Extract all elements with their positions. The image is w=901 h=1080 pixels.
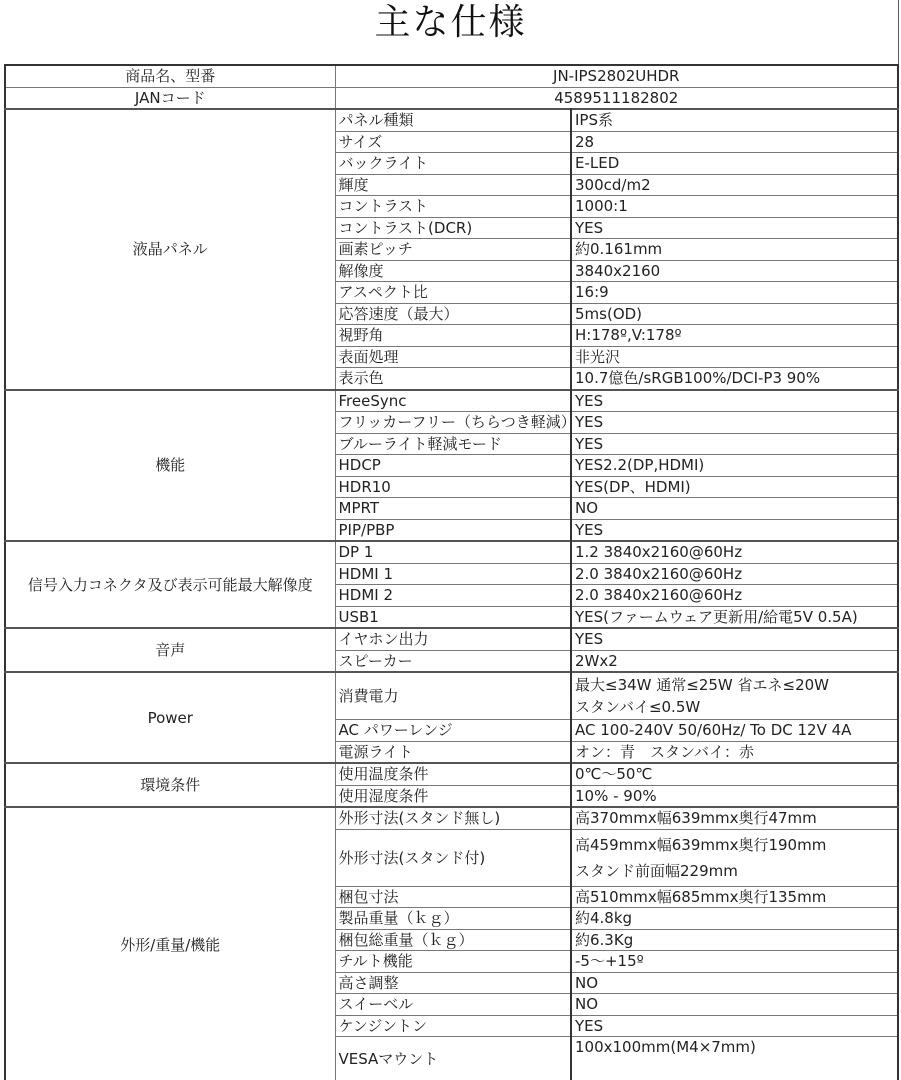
spec-value: 5ms(OD): [571, 303, 898, 325]
category-inputs: 信号入力コネクタ及び表示可能最大解像度: [5, 541, 335, 628]
spec-key: 応答速度（最大）: [335, 303, 571, 325]
spec-value-line: スタンド前面幅229mm: [575, 858, 894, 884]
spec-key: USB1: [335, 606, 571, 628]
spec-value: 高510mmx幅685mmx奥行135mm: [571, 886, 898, 908]
spec-key: 梱包総重量（ｋｇ）: [335, 929, 571, 951]
spec-value: YES: [571, 217, 898, 239]
spec-value: 約0.161mm: [571, 239, 898, 261]
table-row: 外形/重量/機能 外形寸法(スタンド無し) 高370mmx幅639mmx奥行47…: [5, 807, 898, 829]
spec-value: IPS系: [571, 109, 898, 131]
spec-value: YES: [571, 433, 898, 455]
category-audio: 音声: [5, 628, 335, 672]
spec-value: 最大≤34W 通常≤25W 省エネ≤20W スタンバイ≤0.5W: [571, 672, 898, 720]
spec-key: ブルーライト軽減モード: [335, 433, 571, 455]
spec-key: フリッカーフリー（ちらつき軽減）: [335, 412, 571, 434]
spec-key: MPRT: [335, 498, 571, 520]
spec-key: イヤホン出力: [335, 628, 571, 650]
label-model: 商品名、型番: [5, 65, 335, 87]
spec-key: FreeSync: [335, 390, 571, 412]
spec-key: 電源ライト: [335, 741, 571, 763]
spec-key: スイーベル: [335, 994, 571, 1016]
spec-value: オン：青 スタンバイ：赤: [571, 741, 898, 763]
spec-key: 表示色: [335, 368, 571, 390]
spec-key: 解像度: [335, 260, 571, 282]
spec-key: HDMI 1: [335, 563, 571, 585]
spec-key: 視野角: [335, 325, 571, 347]
spec-key: コントラスト(DCR): [335, 217, 571, 239]
spec-key: 梱包寸法: [335, 886, 571, 908]
spec-key: スピーカー: [335, 650, 571, 672]
category-dimensions: 外形/重量/機能: [5, 807, 335, 1080]
category-power: Power: [5, 672, 335, 763]
spec-value: 約6.3Kg: [571, 929, 898, 951]
spec-key: パネル種類: [335, 109, 571, 131]
spec-value: YES: [571, 390, 898, 412]
value-model: JN-IPS2802UHDR: [335, 65, 898, 87]
spec-key: チルト機能: [335, 951, 571, 973]
value-jan: 4589511182802: [335, 87, 898, 109]
spec-value: H:178º,V:178º: [571, 325, 898, 347]
spec-value: 1000:1: [571, 196, 898, 218]
spec-value: YES: [571, 1015, 898, 1037]
spec-key: VESAマウント: [335, 1037, 571, 1080]
spec-value: 2.0 3840x2160@60Hz: [571, 585, 898, 607]
spec-value: 10% - 90%: [571, 785, 898, 807]
spec-value: YES: [571, 519, 898, 541]
spec-value: 100x100mm(M4×7mm): [571, 1037, 898, 1080]
spec-value: 高370mmx幅639mmx奥行47mm: [571, 807, 898, 829]
spec-value: 約4.8kg: [571, 908, 898, 930]
spec-value: -5～+15º: [571, 951, 898, 973]
table-row: 環境条件 使用温度条件 0℃～50℃: [5, 763, 898, 785]
spec-key: アスペクト比: [335, 282, 571, 304]
spec-key: バックライト: [335, 153, 571, 175]
spec-value: AC 100-240V 50/60Hz/ To DC 12V 4A: [571, 720, 898, 742]
category-features: 機能: [5, 390, 335, 542]
spec-key: ケンジントン: [335, 1015, 571, 1037]
spec-value: 非光沢: [571, 346, 898, 368]
spec-value: 高459mmx幅639mmx奥行190mm スタンド前面幅229mm: [571, 829, 898, 886]
spec-value: 1.2 3840x2160@60Hz: [571, 541, 898, 563]
spec-value: 28: [571, 131, 898, 153]
spec-value: YES: [571, 412, 898, 434]
spec-key: 輝度: [335, 174, 571, 196]
spec-value: 300cd/m2: [571, 174, 898, 196]
spec-key: コントラスト: [335, 196, 571, 218]
table-row: 液晶パネル パネル種類 IPS系: [5, 109, 898, 131]
spec-value: NO: [571, 498, 898, 520]
spec-key: 表面処理: [335, 346, 571, 368]
label-jan: JANコード: [5, 87, 335, 109]
page-title: 主な仕様: [0, 0, 901, 50]
spec-key: 製品重量（ｋｇ）: [335, 908, 571, 930]
spec-table: 商品名、型番 JN-IPS2802UHDR JANコード 45895111828…: [4, 64, 899, 1080]
spec-value-line: 高459mmx幅639mmx奥行190mm: [575, 832, 894, 858]
spec-key: 外形寸法(スタンド無し): [335, 807, 571, 829]
spec-key: HDCP: [335, 455, 571, 477]
spec-key: DP 1: [335, 541, 571, 563]
spec-key: PIP/PBP: [335, 519, 571, 541]
spec-row-model: 商品名、型番 JN-IPS2802UHDR: [5, 65, 898, 87]
spec-value: YES(DP、HDMI): [571, 476, 898, 498]
spec-value: 3840x2160: [571, 260, 898, 282]
table-row: 機能 FreeSync YES: [5, 390, 898, 412]
table-row: 音声 イヤホン出力 YES: [5, 628, 898, 650]
spec-key: 使用湿度条件: [335, 785, 571, 807]
spec-key: 画素ピッチ: [335, 239, 571, 261]
spec-key: 消費電力: [335, 672, 571, 720]
spec-value: NO: [571, 994, 898, 1016]
spec-key: 使用温度条件: [335, 763, 571, 785]
spec-value: 2Wx2: [571, 650, 898, 672]
spec-key: サイズ: [335, 131, 571, 153]
spec-key: 外形寸法(スタンド付): [335, 829, 571, 886]
spec-value: YES(ファームウェア更新用/給電5V 0.5A): [571, 606, 898, 628]
spec-value: 16:9: [571, 282, 898, 304]
spec-value: YES: [571, 628, 898, 650]
spec-row-jan: JANコード 4589511182802: [5, 87, 898, 109]
spec-value: 2.0 3840x2160@60Hz: [571, 563, 898, 585]
category-environment: 環境条件: [5, 763, 335, 807]
spec-key: HDMI 2: [335, 585, 571, 607]
spec-value: E-LED: [571, 153, 898, 175]
spec-value: NO: [571, 972, 898, 994]
table-row: 信号入力コネクタ及び表示可能最大解像度 DP 1 1.2 3840x2160@6…: [5, 541, 898, 563]
spec-value-line: 最大≤34W 通常≤25W 省エネ≤20W: [575, 674, 894, 696]
spec-key: AC パワーレンジ: [335, 720, 571, 742]
table-row: Power 消費電力 最大≤34W 通常≤25W 省エネ≤20W スタンバイ≤0…: [5, 672, 898, 720]
spec-value: YES2.2(DP,HDMI): [571, 455, 898, 477]
category-panel: 液晶パネル: [5, 109, 335, 390]
spec-key: 高さ調整: [335, 972, 571, 994]
spec-value: 10.7億色/sRGB100%/DCI-P3 90%: [571, 368, 898, 390]
spec-value-line: スタンバイ≤0.5W: [575, 696, 894, 718]
spec-key: HDR10: [335, 476, 571, 498]
spec-value: 0℃～50℃: [571, 763, 898, 785]
